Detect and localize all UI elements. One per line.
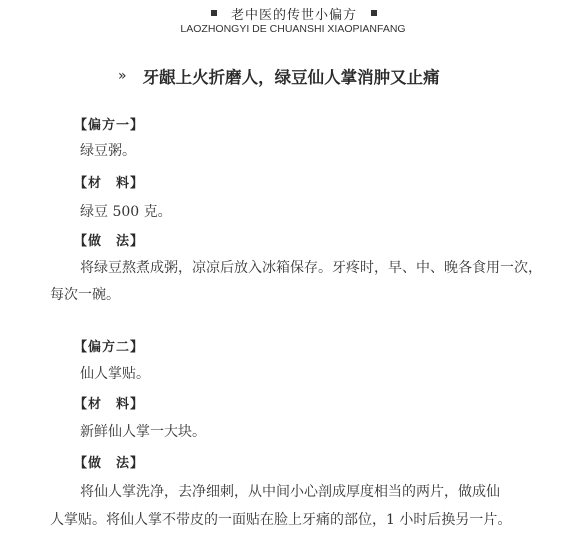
book-title-pinyin: LAOZHONGYI DE CHUANSHI XIAOPIANFANG	[6, 23, 580, 35]
remedy-2-heading: 【偏方二】	[74, 336, 144, 355]
book-title: 老中医的传世小偏方	[231, 4, 357, 23]
remedy-2-materials: 新鲜仙人掌一大块。	[80, 421, 206, 441]
remedy-1-method-label: 【做 法】	[74, 230, 144, 249]
running-header: 老中医的传世小偏方 LAOZHONGYI DE CHUANSHI XIAOPIA…	[0, 4, 580, 35]
square-bullet-icon	[211, 10, 217, 16]
square-bullet-icon	[371, 10, 377, 16]
remedy-2-method-label: 【做 法】	[74, 452, 144, 471]
remedy-1-heading: 【偏方一】	[74, 114, 144, 133]
book-title-row: 老中医的传世小偏方	[8, 4, 580, 22]
remedy-2-method-line-2: 人掌贴。将仙人掌不带皮的一面贴在脸上牙痛的部位，1 小时后换另一片。	[50, 509, 511, 529]
remedy-1-method-line-1: 将绿豆熬煮成粥，凉凉后放入冰箱保存。牙疼时，早、中、晚各食用一次，	[80, 257, 542, 277]
remedy-1-materials: 绿豆 500 克。	[80, 201, 172, 221]
remedy-1-method-line-2: 每次一碗。	[50, 284, 120, 304]
remedy-1-name: 绿豆粥。	[80, 140, 136, 160]
remedy-2-method-line-1: 将仙人掌洗净，去净细刺，从中间小心剖成厚度相当的两片，做成仙	[80, 481, 500, 501]
remedy-2-materials-label: 【材 料】	[74, 393, 144, 412]
remedy-2-name: 仙人掌贴。	[80, 363, 150, 383]
double-chevron-icon: »	[118, 68, 127, 84]
remedy-1-materials-label: 【材 料】	[74, 172, 144, 191]
article-title-text: 牙龈上火折磨人，绿豆仙人掌消肿又止痛	[143, 64, 440, 88]
article-title: » 牙龈上火折磨人，绿豆仙人掌消肿又止痛	[118, 64, 440, 88]
